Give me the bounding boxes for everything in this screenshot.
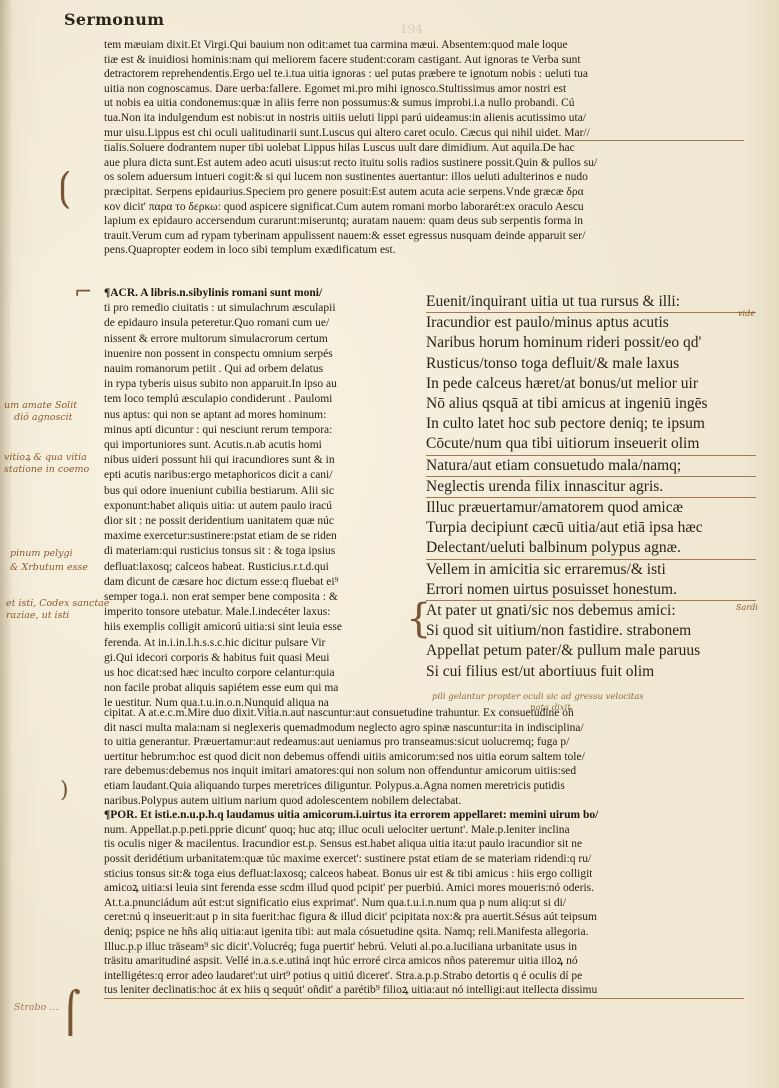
- text-line: tialis.Soluere dodrantem nuper tibi uole…: [104, 141, 744, 156]
- marginal-note: Sardi: [736, 602, 758, 613]
- text-line: aue plura dicta sunt.Est autem adeo acut…: [104, 156, 744, 171]
- text-line: ceret:nú q inseuerit:aut p in sita fueri…: [104, 910, 744, 925]
- text-line: nissent & errore multorum simulacrorum c…: [104, 332, 422, 347]
- text-line: semper toga.i. non erat semper bene comp…: [104, 590, 422, 605]
- marginal-note: raziae, ut isti: [6, 610, 69, 621]
- commentary-left-column: ¶ACR. A libris.n.sibylinis romani sunt m…: [104, 286, 422, 712]
- text-line: dior sit : ne possit deridentium uanitat…: [104, 514, 422, 529]
- bracket-mark-icon: {: [406, 596, 431, 642]
- text-line: de epidauro insula peteretur.Quo romani …: [104, 316, 422, 331]
- text-line: hiis exemplis colligit amicorú uitia:si …: [104, 620, 422, 635]
- text-line: etiam laudant.Quia aliquando turpes mere…: [104, 779, 744, 794]
- text-line: uertitur hebrum:hoc est quod dicit non d…: [104, 750, 744, 765]
- text-line: nus aptus: qui non se aptant ad mores ho…: [104, 408, 422, 423]
- text-line: κον dicit' παρα το δερκω: quod aspicere …: [104, 200, 744, 215]
- bracket-mark-icon: ⌐: [74, 280, 92, 305]
- text-line: tis oculis niger & macilentus. Iracundio…: [104, 837, 744, 852]
- marginal-note: pinum pelygi: [10, 548, 73, 559]
- verse-line: Nō alius qsquā at tibi amicus at ingeniū…: [426, 394, 756, 414]
- marginal-note: vitioꝝ & qua vitia: [4, 452, 87, 463]
- verse-line: Turpia decipiunt cæcū uitia/aut etiā ips…: [426, 518, 756, 538]
- text-line: maxime exercetur:sustinere:pstat etiam d…: [104, 529, 422, 544]
- text-line: ferenda. At in.i.in.l.h.s.s.c.hic dicitu…: [104, 636, 422, 651]
- text-line: uitia non cognoscamus. Dare uerba:faller…: [104, 82, 744, 97]
- text-line: tiæ est & inuidiosi hominis:nam qui meli…: [104, 53, 744, 68]
- verse-line: Iracundior est paulo/minus aptus acutis: [426, 313, 756, 333]
- text-line: At.t.a.pnunciádum aút est:ut significati…: [104, 896, 744, 911]
- text-line: pens.Quapropter eodem in loco sibi templ…: [104, 243, 744, 258]
- verse-line: Appellat petum pater/& pullum male paruu…: [426, 641, 756, 661]
- text-line: tus leniter declinatis:hoc át ex hiis q …: [104, 983, 744, 999]
- text-line: intelligétes:q error adeo laudaret':ut u…: [104, 969, 744, 984]
- text-line: tem loco templú æsculapio condiderunt . …: [104, 392, 422, 407]
- verse-line: Vellem in amicitia sic erraremus/& isti: [426, 560, 756, 580]
- marginal-note: et isti, Codex sanctae: [6, 598, 109, 609]
- verse-line: Illuc præuertamur/amatorem quod amicæ: [426, 498, 756, 518]
- verse-line: Errori nomen uirtus posuisset honestum.: [426, 580, 756, 601]
- text-line: nibus uideri possunt hii qui iracundiore…: [104, 453, 422, 468]
- text-line: num. Appellat.p.p.peti.pprie dicunt' quo…: [104, 823, 744, 838]
- text-line: cipitat. A at.e.c.m.Mire duo dixit.Vitia…: [104, 706, 744, 721]
- marginal-note: um amate Solit: [4, 400, 77, 411]
- text-line: amicoꝝ uitia:si leuia sint ferenda esse …: [104, 881, 744, 896]
- text-line: deniq; pspice ne hñs aliq uitia:aut igen…: [104, 925, 744, 940]
- text-line: imperito tonsore utebatur. Male.l.indecé…: [104, 605, 422, 620]
- text-line: bus qui odore inueniunt cubilia bestiaru…: [104, 484, 422, 499]
- marginal-note: vide: [738, 308, 755, 319]
- text-line: Illuc.p.p illuc träseam⁹ sic dicit'.Volu…: [104, 940, 744, 955]
- verse-line: Rusticus/tonso toga defluit/& male laxus: [426, 354, 756, 374]
- verse-line: At pater ut gnati/sic nos debemus amici:: [426, 601, 756, 621]
- marginal-note: Strabo ...: [14, 1002, 58, 1013]
- commentary-bottom: cipitat. A at.e.c.m.Mire duo dixit.Vitia…: [104, 706, 744, 999]
- text-line: os solem aduersum intueri cogit:& si qui…: [104, 170, 744, 185]
- text-line: ti pro remedio ciuitatis : ut simulachru…: [104, 301, 422, 316]
- verse-line: Si quod sit uitium/non fastidire. strabo…: [426, 621, 756, 641]
- text-line-underlined: mur uisu.Lippus est chi oculi ualitudina…: [104, 126, 744, 142]
- text-line: possit deridétium urbanitatem:quæ túc ma…: [104, 852, 744, 867]
- verse-line: Delectant/ueluti balbinum polypus agnæ.: [426, 538, 756, 559]
- text-line: dit nasci multa mala:nam si neglexeris q…: [104, 721, 744, 736]
- text-line: us hoc dicat:sed hæc inculto corpore cel…: [104, 666, 422, 681]
- text-line: lapium ex epidauro accersendum curarunt:…: [104, 214, 744, 229]
- text-line: gi.Qui idecori corporis & habitus fuit q…: [104, 651, 422, 666]
- text-line: in rypa tyberis uisus subito non apparui…: [104, 377, 422, 392]
- text-line: minus apti dicuntur : qui nesciunt rerum…: [104, 423, 422, 438]
- running-head: Sermonum: [64, 10, 164, 29]
- text-line: qui importuniores sunt. Acutis.n.ab acut…: [104, 438, 422, 453]
- verse-line: Naribus horum hominum rideri possit/eo q…: [426, 333, 756, 353]
- text-line: præcipitat. Serpens epidaurius.Speciem p…: [104, 185, 744, 200]
- verse-line: Neglectis urenda filix innascitur agris.: [426, 477, 756, 498]
- text-line: exponunt:habet aliquis uitia: ut autem p…: [104, 499, 422, 514]
- text-line: tua.Non ita indulgendum est nobis:ut in …: [104, 111, 744, 126]
- bracket-mark-icon: ⌠: [60, 990, 81, 1036]
- text-line: nauim romanorum petiit . Qui ad orbem de…: [104, 362, 422, 377]
- text-line: tem mæuiam dixit.Et Virgi.Qui bauium non…: [104, 38, 744, 53]
- text-line: non facile probat aliquis sapiétem esse …: [104, 681, 422, 696]
- verse-line: In culto latet hoc sub pectore deniq; te…: [426, 414, 756, 434]
- text-line: epti acutis naribus:ergo metaphoricos di…: [104, 468, 422, 483]
- interlinear-gloss: pili gelantur propter oculi sic ad gress…: [432, 692, 644, 702]
- text-line: inuenire non possent in conspectu omnium…: [104, 347, 422, 362]
- text-line: naribus.Polypus autem uitium narium quod…: [104, 794, 744, 809]
- marginal-note: & Xrbutum esse: [10, 562, 88, 573]
- commentary-top: tem mæuiam dixit.Et Virgi.Qui bauium non…: [104, 38, 744, 258]
- text-line: to uitia generantur. Præuertamur:aut red…: [104, 735, 744, 750]
- folio-number-bleedthrough: 194: [400, 22, 423, 36]
- verse-line: Natura/aut etiam consuetudo mala/namq;: [426, 456, 756, 477]
- book-page: Sermonum 194 tem mæuiam dixit.Et Virgi.Q…: [0, 0, 779, 1088]
- text-line: trauit.Verum cum ad rypam tyberinam appu…: [104, 229, 744, 244]
- text-line: ¶POR. Et isti.e.n.u.p.h.q laudamus uitia…: [104, 808, 744, 823]
- text-line: ¶ACR. A libris.n.sibylinis romani sunt m…: [104, 286, 422, 301]
- text-line: ut nobis ea uitia condonemus:quæ in alii…: [104, 96, 744, 111]
- text-line: detractorem reprehendentis.Ergo uel te.i…: [104, 67, 744, 82]
- text-line: di materiam:qui rusticius tonsus sit : &…: [104, 544, 422, 559]
- text-line: rare debemus:debemus nos inquit imitari …: [104, 764, 744, 779]
- text-line: träsitu amaritudiné aspsit. Vellé in.a.s…: [104, 954, 744, 969]
- bracket-mark-icon: ): [60, 778, 69, 803]
- text-line: dam dicunt de cæsare hoc dictum esse:q f…: [104, 575, 422, 590]
- verse-line: Si cui filius est/ut abortiuus fuit olim: [426, 662, 756, 682]
- spine-shadow: [0, 0, 12, 1088]
- verse-column: Euenit/inquirant uitia ut tua rursus & i…: [426, 292, 756, 682]
- verse-line: Euenit/inquirant uitia ut tua rursus & i…: [426, 292, 756, 313]
- marginal-note: dió agnoscit: [14, 412, 73, 423]
- marginal-note: statione in coemo: [4, 464, 89, 475]
- text-line: defluat:laxosq; calceos habeat. Rusticiu…: [104, 560, 422, 575]
- verse-line: Cōcute/num qua tibi uitiorum inseuerit o…: [426, 434, 756, 455]
- verse-line: In pede calceus hæret/at bonus/ut melior…: [426, 374, 756, 394]
- text-line: sticius tonsus sit:& toga eius defluat:l…: [104, 867, 744, 882]
- bracket-mark-icon: ⟮: [58, 164, 71, 210]
